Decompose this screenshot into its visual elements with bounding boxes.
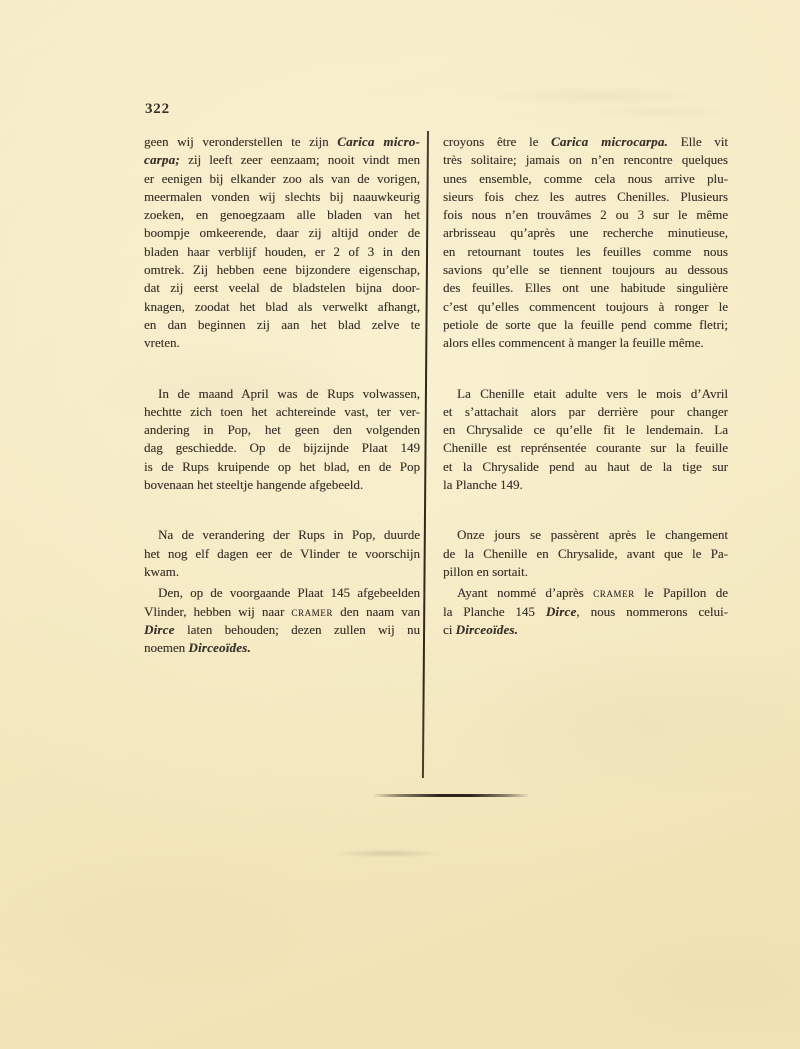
text-line: bovenaan het steeltje hangende afgebeeld… — [144, 476, 420, 494]
text-segment: croyons être le — [443, 134, 551, 149]
text-segment: kwam. — [144, 564, 179, 579]
text-line: omtrek. Zij hebben eene bijzondere eigen… — [144, 261, 420, 279]
text-segment: knagen, zoodat het blad als verwelkt afh… — [144, 299, 420, 314]
text-segment: boompje omkeerende, daar zij altijd onde… — [144, 225, 420, 240]
text-line: petiole de sorte que la feuille pend com… — [443, 316, 728, 334]
text-line: is de Rups kruipende op het blad, en de … — [144, 458, 420, 476]
text-line: er eenigen bij elkander zoo als van de v… — [144, 170, 420, 188]
text-line: knagen, zoodat het blad als verwelkt afh… — [144, 298, 420, 316]
text-segment: Vlinder, hebben wij naar — [144, 604, 291, 619]
species-name: Carica micro- — [337, 134, 420, 149]
text-segment: het nog elf dagen eer de Vlinder te voor… — [144, 546, 420, 561]
text-line: het nog elf dagen eer de Vlinder te voor… — [144, 545, 420, 563]
text-segment: et s’attachait alors par derrière pour c… — [443, 404, 728, 419]
text-line: meermalen vonden wij slechts bij naauwke… — [144, 188, 420, 206]
text-line: Chenille est reprénsentée courante sur l… — [443, 439, 728, 457]
paragraph: Den, op de voorgaande Plaat 145 afgebeel… — [144, 584, 420, 657]
text-line: des feuilles. Elles ont une habitude sin… — [443, 279, 728, 297]
column-french: croyons être le Carica microcarpa. Elle … — [443, 133, 728, 639]
text-segment: de la Chenille en Chrysalide, avant que … — [443, 546, 728, 561]
text-segment: Elle vit — [668, 134, 728, 149]
book-page: 322 geen wij veronderstellen te zijn Car… — [0, 0, 800, 1049]
text-segment: meermalen vonden wij slechts bij naauwke… — [144, 189, 420, 204]
species-name: Dirce — [144, 622, 175, 637]
text-segment: ci — [443, 622, 456, 637]
text-line: hechtte zich toen het achtereinde vast, … — [144, 403, 420, 421]
species-name: Dirceoïdes. — [456, 622, 519, 637]
paragraph: geen wij veronderstellen te zijn Carica … — [144, 133, 420, 353]
text-segment: vreten. — [144, 335, 180, 350]
text-segment: noemen — [144, 640, 188, 655]
text-line: Onze jours se passèrent après le changem… — [443, 526, 728, 544]
text-segment: Onze jours se passèrent après le changem… — [457, 527, 728, 542]
paragraph: Na de verandering der Rups in Pop, duurd… — [144, 526, 420, 581]
text-segment: petiole de sorte que la feuille pend com… — [443, 317, 728, 332]
text-line: c’est qu’elles commencent toujours à ron… — [443, 298, 728, 316]
text-segment: Ayant nommé d’après — [457, 585, 593, 600]
text-line: et la Chrysalide pend au haut de la tige… — [443, 458, 728, 476]
text-line: vreten. — [144, 334, 420, 352]
text-segment: hechtte zich toen het achtereinde vast, … — [144, 404, 420, 419]
text-segment: en Chrysalide ce qu’elle fit le lendemai… — [443, 422, 728, 437]
text-line: Na de verandering der Rups in Pop, duurd… — [144, 526, 420, 544]
text-line: boompje omkeerende, daar zij altijd onde… — [144, 224, 420, 242]
species-name: Carica microcarpa. — [551, 134, 668, 149]
text-segment: fois nous n’en trouvâmes 2 ou 3 sur le m… — [443, 207, 728, 222]
column-dutch: geen wij veronderstellen te zijn Carica … — [144, 133, 420, 657]
text-segment: , nous nommerons celui- — [576, 604, 728, 619]
text-segment: la Planche 149. — [443, 477, 523, 492]
text-line: geen wij veronderstellen te zijn Carica … — [144, 133, 420, 151]
text-line: dag geschiedde. Op de bijzijnde Plaat 14… — [144, 439, 420, 457]
text-segment: cramer — [291, 604, 333, 619]
text-line: carpa; zij leeft zeer eenzaam; nooit vin… — [144, 151, 420, 169]
text-line: In de maand April was de Rups volwassen, — [144, 385, 420, 403]
text-line: zoeken, en genoegzaam alle bladen van he… — [144, 206, 420, 224]
text-segment: In de maand April was de Rups volwassen, — [158, 386, 420, 401]
text-line: arbrisseau qu’après une recherche minuti… — [443, 224, 728, 242]
text-line: dat zij eerst veelal de bladstelen bijna… — [144, 279, 420, 297]
text-segment: pillon en sortait. — [443, 564, 528, 579]
text-segment: unes ensemble, comme cela nous arrive pl… — [443, 171, 728, 186]
text-segment: Chenille est reprénsentée courante sur l… — [443, 440, 728, 455]
text-segment: bladen haar verblijf houden, er 2 of 3 i… — [144, 244, 420, 259]
column-divider — [422, 131, 429, 778]
text-line: savions qu’elle se tiennent toujours au … — [443, 261, 728, 279]
text-line: croyons être le Carica microcarpa. Elle … — [443, 133, 728, 151]
text-segment: er eenigen bij elkander zoo als van de v… — [144, 171, 420, 186]
text-line: en dan beginnen zij aan het blad zelve t… — [144, 316, 420, 334]
text-segment: c’est qu’elles commencent toujours à ron… — [443, 299, 728, 314]
text-segment: alors elles commencent à manger la feuil… — [443, 335, 704, 350]
text-segment: Den, op de voorgaande Plaat 145 afgebeel… — [158, 585, 420, 600]
text-segment: is de Rups kruipende op het blad, en de … — [144, 459, 420, 474]
paragraph: In de maand April was de Rups volwassen,… — [144, 385, 420, 495]
paragraph: La Chenille etait adulte vers le mois d’… — [443, 385, 728, 495]
text-line: noemen Dirceoïdes. — [144, 639, 420, 657]
species-name: carpa; — [144, 152, 180, 167]
text-line: bladen haar verblijf houden, er 2 of 3 i… — [144, 243, 420, 261]
text-segment: La Chenille etait adulte vers le mois d’… — [457, 386, 728, 401]
text-line: alors elles commencent à manger la feuil… — [443, 334, 728, 352]
text-segment: den naam van — [333, 604, 420, 619]
paragraph: croyons être le Carica microcarpa. Elle … — [443, 133, 728, 353]
text-segment: bovenaan het steeltje hangende afgebeeld… — [144, 477, 363, 492]
text-segment: zij leeft zeer eenzaam; nooit vindt men — [180, 152, 420, 167]
text-line: La Chenille etait adulte vers le mois d’… — [443, 385, 728, 403]
species-name: Dirce — [546, 604, 577, 619]
text-line: en Chrysalide ce qu’elle fit le lendemai… — [443, 421, 728, 439]
text-line: sieurs fois chez les autres Chenilles. P… — [443, 188, 728, 206]
text-segment: Na de verandering der Rups in Pop, duurd… — [158, 527, 420, 542]
text-line: et s’attachait alors par derrière pour c… — [443, 403, 728, 421]
text-segment: des feuilles. Elles ont une habitude sin… — [443, 280, 728, 295]
text-line: en retournant toutes les feuilles comme … — [443, 243, 728, 261]
text-segment: en retournant toutes les feuilles comme … — [443, 244, 728, 259]
text-segment: arbrisseau qu’après une recherche minuti… — [443, 225, 728, 240]
text-segment: geen wij veronderstellen te zijn — [144, 134, 337, 149]
text-segment: zoeken, en genoegzaam alle bladen van he… — [144, 207, 420, 222]
paragraph: Onze jours se passèrent après le changem… — [443, 526, 728, 581]
text-line: fois nous n’en trouvâmes 2 ou 3 sur le m… — [443, 206, 728, 224]
text-segment: et la Chrysalide pend au haut de la tige… — [443, 459, 728, 474]
species-name: Dirceoïdes. — [188, 640, 251, 655]
text-line: Ayant nommé d’après cramer le Papillon d… — [443, 584, 728, 602]
scan-smudge — [338, 850, 438, 857]
text-line: très solitaire; jamais on n’en rencontre… — [443, 151, 728, 169]
text-line: la Planche 145 Dirce, nous nommerons cel… — [443, 603, 728, 621]
text-line: la Planche 149. — [443, 476, 728, 494]
text-segment: dag geschiedde. Op de bijzijnde Plaat 14… — [144, 440, 420, 455]
text-line: ci Dirceoïdes. — [443, 621, 728, 639]
text-line: Vlinder, hebben wij naar cramer den naam… — [144, 603, 420, 621]
text-line: de la Chenille en Chrysalide, avant que … — [443, 545, 728, 563]
text-line: Den, op de voorgaande Plaat 145 afgebeel… — [144, 584, 420, 602]
text-segment: laten behouden; dezen zullen wij nu — [175, 622, 420, 637]
text-line: pillon en sortait. — [443, 563, 728, 581]
text-segment: savions qu’elle se tiennent toujours au … — [443, 262, 728, 277]
text-segment: cramer — [593, 585, 635, 600]
text-line: kwam. — [144, 563, 420, 581]
paragraph: Ayant nommé d’après cramer le Papillon d… — [443, 584, 728, 639]
text-line: Dirce laten behouden; dezen zullen wij n… — [144, 621, 420, 639]
text-segment: la Planche 145 — [443, 604, 546, 619]
text-line: andering in Pop, het geen den volgenden — [144, 421, 420, 439]
text-line: unes ensemble, comme cela nous arrive pl… — [443, 170, 728, 188]
text-segment: dat zij eerst veelal de bladstelen bijna… — [144, 280, 420, 295]
text-segment: omtrek. Zij hebben eene bijzondere eigen… — [144, 262, 420, 277]
text-segment: andering in Pop, het geen den volgenden — [144, 422, 420, 437]
page-number: 322 — [145, 101, 170, 118]
text-segment: en dan beginnen zij aan het blad zelve t… — [144, 317, 420, 332]
text-segment: sieurs fois chez les autres Chenilles. P… — [443, 189, 728, 204]
text-segment: le Papillon de — [635, 585, 728, 600]
text-segment: très solitaire; jamais on n’en rencontre… — [443, 152, 728, 167]
section-end-rule — [372, 794, 530, 797]
